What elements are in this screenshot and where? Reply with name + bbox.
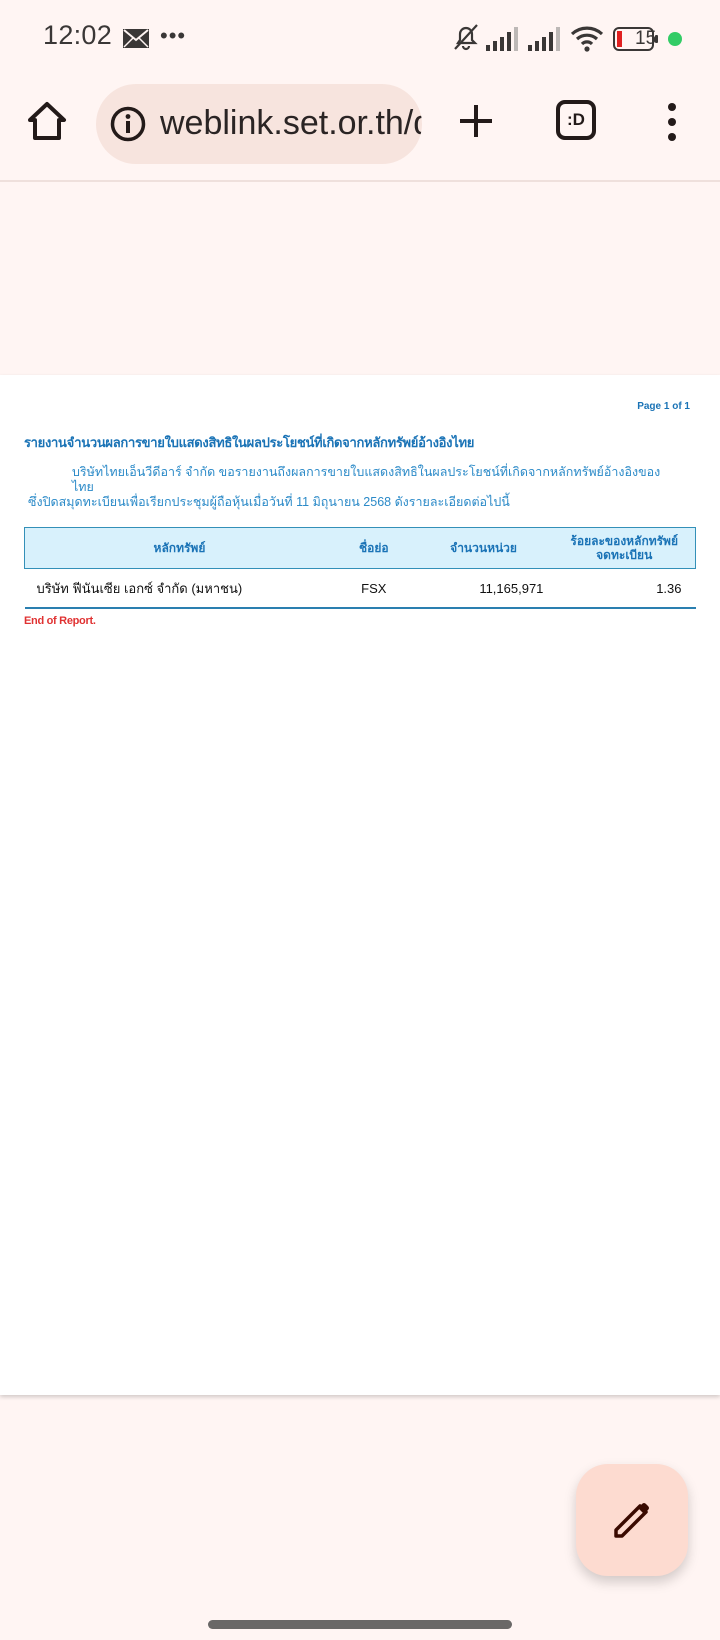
tab-switcher-button[interactable]: :D [556, 100, 596, 140]
pencil-icon [612, 1500, 652, 1540]
more-vert-icon[interactable] [660, 100, 684, 144]
header-percent-line1: ร้อยละของหลักทรัพย์ [570, 534, 678, 548]
mail-icon [123, 29, 149, 48]
header-units: จำนวนหน่วย [414, 528, 554, 569]
clock: 12:02 [43, 20, 112, 51]
signal-icon [486, 27, 520, 51]
end-of-report-label: End of Report. [24, 615, 96, 627]
header-percent: ร้อยละของหลักทรัพย์ จดทะเบียน [553, 528, 695, 569]
header-security: หลักทรัพย์ [25, 528, 334, 569]
report-table: หลักทรัพย์ ชื่อย่อ จำนวนหน่วย ร้อยละของห… [24, 527, 696, 609]
report-intro: บริษัทไทยเอ็นวีดีอาร์ จำกัด ขอรายงานถึงผ… [28, 465, 668, 510]
address-bar[interactable]: weblink.set.or.th/d [96, 84, 422, 164]
table-header-row: หลักทรัพย์ ชื่อย่อ จำนวนหน่วย ร้อยละของห… [25, 528, 696, 569]
header-symbol: ชื่อย่อ [334, 528, 414, 569]
cell-symbol: FSX [334, 569, 414, 609]
report-document: Page 1 of 1 รายงานจำนวนผลการขายใบแสดงสิท… [0, 375, 720, 1395]
page-indicator: Page 1 of 1 [637, 401, 690, 412]
report-title: รายงานจำนวนผลการขายใบแสดงสิทธิในผลประโยช… [24, 432, 474, 453]
home-icon[interactable] [24, 98, 70, 144]
info-icon[interactable] [110, 106, 146, 142]
battery-level: 15 [635, 28, 656, 50]
more-notifications-icon: ••• [160, 23, 186, 49]
privacy-indicator-dot [668, 32, 682, 46]
header-percent-line2: จดทะเบียน [596, 548, 652, 562]
browser-toolbar: weblink.set.or.th/d :D [0, 76, 720, 182]
table-row: บริษัท ฟีนันเซีย เอกซ์ จำกัด (มหาชน) FSX… [25, 569, 696, 609]
edit-fab-button[interactable] [576, 1464, 688, 1576]
status-bar: 12:02 ••• 15 [0, 0, 720, 76]
url-text[interactable]: weblink.set.or.th/d [160, 104, 422, 143]
signal-icon [528, 27, 562, 51]
cell-units: 11,165,971 [414, 569, 554, 609]
cell-percent: 1.36 [553, 569, 695, 609]
gesture-nav-bar[interactable] [208, 1620, 512, 1629]
cell-security: บริษัท ฟีนันเซีย เอกซ์ จำกัด (มหาชน) [25, 569, 334, 609]
intro-line-2: ซึ่งปิดสมุดทะเบียนเพื่อเรียกประชุมผู้ถือ… [28, 495, 510, 509]
wifi-icon [570, 25, 604, 53]
new-tab-icon[interactable] [456, 101, 496, 141]
intro-line-1: บริษัทไทยเอ็นวีดีอาร์ จำกัด ขอรายงานถึงผ… [28, 465, 668, 495]
bell-off-icon [452, 23, 480, 51]
page-margin [0, 182, 720, 375]
